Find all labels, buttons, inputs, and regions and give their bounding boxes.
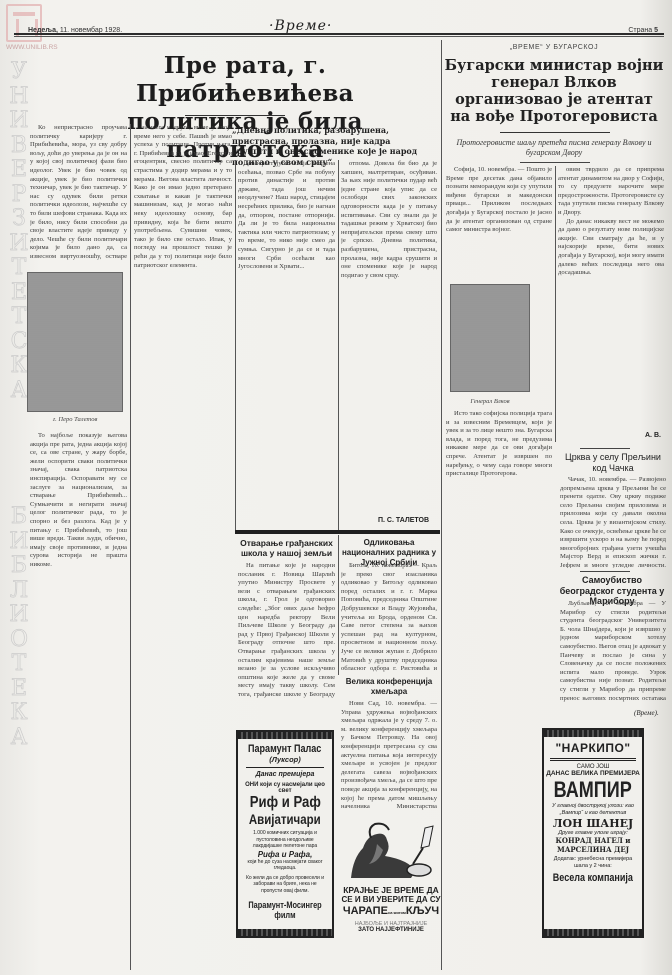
suicide-signature: (Време). — [634, 709, 659, 717]
bulgaria-signature: А. В. — [645, 432, 661, 439]
bulgaria-col3: Исто тако софијска полиција трага и за и… — [446, 410, 552, 970]
newspaper-page: WWW.UNILIB.RS УНИВЕРЗИТЕТСКА БИБЛИОТЕКА … — [0, 0, 672, 975]
bulgaria-headline: Бугарски министар војни генерал Влков ор… — [444, 57, 664, 125]
masthead-rule — [14, 33, 664, 35]
portrait-vlkov — [450, 284, 530, 392]
bulgaria-col1: Софија, 10. новембра. — Пошто је Време п… — [446, 166, 552, 276]
column-rule — [338, 160, 339, 530]
column-rule — [441, 40, 442, 970]
ad-narkipo: "НАРКИПО" САМО ЈОШ ДАНАС ВЕЛИКА ПРЕМИЈЕР… — [542, 728, 644, 938]
column-rule — [130, 124, 131, 970]
watermark-vertical-2: БИБЛИОТЕКА — [6, 505, 32, 750]
ad-socks: КРАЈЊЕ ЈЕ ВРЕМЕ ДА СЕ И ВИ УВЕРИТЕ ДА СУ… — [341, 818, 441, 938]
conference-headline: Велика конференција хмељара — [341, 677, 437, 697]
schools-text: На питање које је народни посланик г. Но… — [238, 562, 335, 700]
portrait-taletov — [27, 272, 123, 412]
main-col1: Ко непристрасно проучава политичку кариј… — [30, 124, 127, 262]
ad-paramount-palace: Парамунт Палас (Луксор) Данас премијера … — [236, 730, 334, 938]
masthead-rule-thin — [14, 36, 664, 37]
main-col4: отпома. Довела би био да је хапшен, малт… — [341, 160, 437, 510]
suicide-text: Љубљана, 10. новембра — У Марибор су сти… — [560, 600, 666, 704]
section-kicker: „ВРЕМЕ“ У БУГАРСКОЈ — [444, 44, 664, 51]
bulgaria-col2: овим тврдило да се припрема атентат дина… — [558, 166, 664, 442]
divider — [580, 448, 630, 449]
old-man-clock-illustration-icon — [341, 818, 441, 880]
photo-caption-taletov: г. Перо Талетов — [27, 416, 123, 423]
masthead: Недеља, 11. новембар 1928. ·Време· Стран… — [14, 18, 664, 38]
ornament-rule — [185, 115, 285, 116]
bulgaria-subhead: Протогеровисте шаљу претећа писма генера… — [448, 138, 660, 158]
watermark-url: WWW.UNILIB.RS — [6, 44, 58, 51]
decorations-text: Битољ, 10. новембра. — Краљ је преко сво… — [341, 562, 437, 672]
divider — [580, 571, 630, 572]
section-divider — [235, 530, 440, 534]
column-rule — [235, 160, 236, 530]
conference-text: Нови Сад, 10. новембра. — Управа удружењ… — [341, 700, 437, 812]
church-text: Чачак, 10. новембра. — Развојено допремљ… — [560, 476, 666, 568]
column-rule — [338, 535, 339, 675]
ornament-rule — [500, 132, 610, 133]
main-col3: манифестујући своја искрена осећања, поз… — [238, 160, 335, 530]
author-signature: П. С. ТАЛЕТОВ — [378, 517, 429, 524]
schools-headline: Отварање грађанских школа у нашој земљи — [238, 538, 335, 558]
newspaper-title: ·Време· — [269, 18, 332, 34]
divider — [520, 162, 590, 163]
photo-caption-vlkov: Генерал Влков — [450, 398, 530, 405]
main-col2: за њега и друге, више у своје време него… — [134, 124, 232, 970]
column-rule — [555, 166, 556, 442]
church-headline: Црква у селу Прељини код Чачка — [560, 452, 666, 473]
main-col1b: То најбоље показује његова акција пре ра… — [30, 432, 127, 970]
